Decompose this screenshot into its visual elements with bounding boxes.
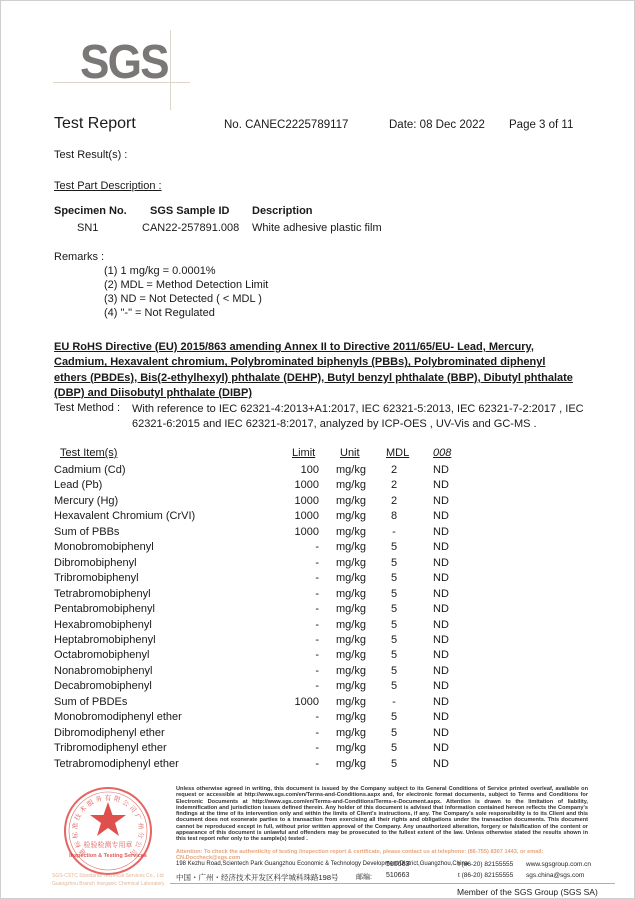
limit-value: - — [285, 603, 319, 615]
specimen-no: SN1 — [77, 222, 98, 234]
authenticity-notice: Attention: To check the authenticity of … — [176, 849, 596, 862]
remark-item: (2) MDL = Method Detection Limit — [104, 279, 268, 291]
mdl-value: 5 — [386, 665, 402, 677]
result-value: ND — [431, 634, 451, 646]
mdl-value: 5 — [386, 742, 402, 754]
result-value: ND — [431, 680, 451, 692]
result-value: ND — [431, 526, 451, 538]
remark-item: (1) 1 mg/kg = 0.0001% — [104, 265, 216, 277]
table-row: Nonabromobiphenyl-mg/kg5ND — [0, 665, 635, 680]
test-item-name: Heptabromobiphenyl — [54, 634, 156, 646]
mdl-value: 5 — [386, 758, 402, 770]
column-header-sample-008: 008 — [433, 447, 451, 459]
stamp-center-text: 检验检测专用章 — [84, 840, 133, 849]
legal-text: . Attention is drawn to the limitation o… — [176, 799, 588, 843]
table-row: Hexabromobiphenyl-mg/kg5ND — [0, 619, 635, 634]
unit-value: mg/kg — [336, 495, 366, 507]
test-method-label: Test Method : — [54, 402, 120, 414]
table-row: Cadmium (Cd)100mg/kg2ND — [0, 464, 635, 479]
address-chinese: 中国・广州・经济技术开发区科学城科珠路198号 — [176, 872, 339, 883]
test-item-name: Tribromodiphenyl ether — [54, 742, 167, 754]
unit-value: mg/kg — [336, 758, 366, 770]
mdl-value: 5 — [386, 711, 402, 723]
limit-value: - — [285, 649, 319, 661]
table-row: Monobromodiphenyl ether-mg/kg5ND — [0, 711, 635, 726]
limit-value: - — [285, 742, 319, 754]
table-row: Tribromobiphenyl-mg/kg5ND — [0, 572, 635, 587]
result-value: ND — [431, 711, 451, 723]
limit-value: - — [285, 541, 319, 553]
phone-1: t (86-20) 82155555 — [458, 861, 513, 868]
test-item-name: Nonabromobiphenyl — [54, 665, 152, 677]
limit-value: - — [285, 572, 319, 584]
address-english: 198 Kezhu Road,Scientech Park Guangzhou … — [176, 861, 468, 867]
mdl-value: 5 — [386, 727, 402, 739]
table-row: Hexavalent Chromium (CrVI)1000mg/kg8ND — [0, 510, 635, 525]
table-row: Dibromodiphenyl ether-mg/kg5ND — [0, 727, 635, 742]
unit-value: mg/kg — [336, 541, 366, 553]
terms-link[interactable]: http://www.sgs.com/en/Terms-and-Conditio… — [244, 792, 380, 798]
limit-value: 100 — [285, 464, 319, 476]
result-value: ND — [431, 619, 451, 631]
result-value: ND — [431, 479, 451, 491]
footer-divider — [170, 883, 615, 884]
limit-value: 1000 — [285, 495, 319, 507]
column-header-mdl: MDL — [386, 447, 409, 459]
remark-item: (4) "-" = Not Regulated — [104, 307, 215, 319]
remarks-label: Remarks : — [54, 251, 104, 263]
result-value: ND — [431, 758, 451, 770]
table-row: Sum of PBDEs1000mg/kg-ND — [0, 696, 635, 711]
unit-value: mg/kg — [336, 572, 366, 584]
test-item-name: Hexavalent Chromium (CrVI) — [54, 510, 195, 522]
test-item-name: Sum of PBDEs — [54, 696, 127, 708]
postcode-chinese-label: 邮编: — [356, 872, 372, 882]
test-item-name: Pentabromobiphenyl — [54, 603, 155, 615]
table-row: Dibromobiphenyl-mg/kg5ND — [0, 557, 635, 572]
column-header-unit: Unit — [340, 447, 360, 459]
email: sgs.china@sgs.com — [526, 872, 584, 879]
table-row: Heptabromobiphenyl-mg/kg5ND — [0, 634, 635, 649]
specimen-description: White adhesive plastic film — [252, 222, 382, 234]
legal-disclaimer: Unless otherwise agreed in writing, this… — [176, 786, 588, 843]
test-item-name: Dibromodiphenyl ether — [54, 727, 165, 739]
website: www.sgsgroup.com.cn — [526, 861, 591, 868]
mdl-value: 2 — [386, 495, 402, 507]
limit-value: - — [285, 680, 319, 692]
mdl-value: 8 — [386, 510, 402, 522]
mdl-value: 2 — [386, 464, 402, 476]
specimen-sample-id: CAN22-257891.008 — [142, 222, 239, 234]
page-indicator: Page 3 of 11 — [509, 119, 573, 131]
mdl-value: 5 — [386, 572, 402, 584]
unit-value: mg/kg — [336, 742, 366, 754]
unit-value: mg/kg — [336, 619, 366, 631]
table-row: Pentabromobiphenyl-mg/kg5ND — [0, 603, 635, 618]
test-item-name: Tribromobiphenyl — [54, 572, 139, 584]
limit-value: 1000 — [285, 510, 319, 522]
test-item-name: Monobromobiphenyl — [54, 541, 154, 553]
remark-item: (3) ND = Not Detected ( < MDL ) — [104, 293, 262, 305]
table-row: Tetrabromodiphenyl ether-mg/kg5ND — [0, 758, 635, 773]
limit-value: 1000 — [285, 526, 319, 538]
mdl-value: 5 — [386, 557, 402, 569]
limit-value: - — [285, 557, 319, 569]
result-value: ND — [431, 665, 451, 677]
test-item-name: Lead (Pb) — [54, 479, 102, 491]
unit-value: mg/kg — [336, 557, 366, 569]
test-item-name: Dibromobiphenyl — [54, 557, 137, 569]
stamp-lab-text: Guangzhou Branch Inorganic Chemical Labo… — [52, 881, 164, 887]
mdl-value: 5 — [386, 680, 402, 692]
result-value: ND — [431, 541, 451, 553]
limit-value: - — [285, 758, 319, 770]
unit-value: mg/kg — [336, 727, 366, 739]
postcode-chinese: 510663 — [386, 872, 409, 879]
limit-value: - — [285, 665, 319, 677]
stamp-ring-char: 分 — [136, 832, 146, 840]
test-item-name: Mercury (Hg) — [54, 495, 118, 507]
mdl-value: 5 — [386, 541, 402, 553]
phone-2: t (86-20) 82155555 — [458, 872, 513, 879]
sgs-logo: SGS — [80, 35, 168, 90]
limit-value: - — [285, 619, 319, 631]
result-value: ND — [431, 464, 451, 476]
limit-value: - — [285, 727, 319, 739]
unit-value: mg/kg — [336, 634, 366, 646]
specimen-header-description: Description — [252, 205, 313, 217]
limit-value: - — [285, 711, 319, 723]
column-header-test-item: Test Item(s) — [60, 447, 117, 459]
logo-rule-vertical — [170, 30, 171, 110]
stamp-company-text: SGS-CSTC Standards Technical Services Co… — [52, 873, 164, 879]
limit-value: 1000 — [285, 696, 319, 708]
result-value: ND — [431, 649, 451, 661]
unit-value: mg/kg — [336, 526, 366, 538]
stamp-ring-char: 州 — [136, 822, 146, 830]
specimen-header-id: SGS Sample ID — [150, 205, 229, 217]
unit-value: mg/kg — [336, 464, 366, 476]
report-number: No. CANEC2225789117 — [224, 119, 348, 131]
mdl-value: 5 — [386, 634, 402, 646]
test-part-description-label: Test Part Description : — [54, 180, 162, 192]
stamp-ring-char: 务 — [94, 793, 103, 804]
stamp-ring-char: 标 — [72, 839, 83, 849]
unit-value: mg/kg — [336, 696, 366, 708]
table-row: Octabromobiphenyl-mg/kg5ND — [0, 649, 635, 664]
result-value: ND — [431, 588, 451, 600]
directive-heading: EU RoHS Directive (EU) 2015/863 amending… — [54, 340, 574, 401]
limit-value: - — [285, 634, 319, 646]
unit-value: mg/kg — [336, 711, 366, 723]
unit-value: mg/kg — [336, 665, 366, 677]
result-value: ND — [431, 557, 451, 569]
stamp-ring-char: 广 — [133, 812, 144, 822]
mdl-value: 2 — [386, 479, 402, 491]
sgs-group-membership: Member of the SGS Group (SGS SA) — [457, 887, 598, 897]
unit-value: mg/kg — [336, 680, 366, 692]
result-value: ND — [431, 495, 451, 507]
stamp-ring-char: 标 — [70, 831, 80, 839]
unit-value: mg/kg — [336, 479, 366, 491]
table-row: Sum of PBBs1000mg/kg-ND — [0, 526, 635, 541]
result-value: ND — [431, 742, 451, 754]
stamp-ring-char: 准 — [70, 822, 80, 830]
table-row: Mercury (Hg)1000mg/kg2ND — [0, 495, 635, 510]
test-item-name: Cadmium (Cd) — [54, 464, 126, 476]
test-results-label: Test Result(s) : — [54, 149, 127, 161]
test-item-name: Hexabromobiphenyl — [54, 619, 152, 631]
table-row: Lead (Pb)1000mg/kg2ND — [0, 479, 635, 494]
table-row: Monobromobiphenyl-mg/kg5ND — [0, 541, 635, 556]
table-row: Decabromobiphenyl-mg/kg5ND — [0, 680, 635, 695]
table-row: Tetrabromobiphenyl-mg/kg5ND — [0, 588, 635, 603]
limit-value: - — [285, 588, 319, 600]
limit-value: 1000 — [285, 479, 319, 491]
result-value: ND — [431, 603, 451, 615]
unit-value: mg/kg — [336, 588, 366, 600]
mdl-value: 5 — [386, 588, 402, 600]
table-row: Tribromodiphenyl ether-mg/kg5ND — [0, 742, 635, 757]
mdl-value: 5 — [386, 649, 402, 661]
postcode-english: 510663 — [386, 861, 409, 868]
specimen-header-no: Specimen No. — [54, 205, 127, 217]
unit-value: mg/kg — [336, 603, 366, 615]
test-item-name: Decabromobiphenyl — [54, 680, 152, 692]
result-value: ND — [431, 572, 451, 584]
result-value: ND — [431, 727, 451, 739]
result-value: ND — [431, 696, 451, 708]
test-item-name: Sum of PBBs — [54, 526, 119, 538]
mdl-value: - — [386, 696, 402, 708]
result-value: ND — [431, 510, 451, 522]
inspection-stamp-seal: 检验检测专用章 Inspection & Testing Services SG… — [52, 785, 164, 887]
test-item-name: Tetrabromobiphenyl — [54, 588, 151, 600]
column-header-limit: Limit — [292, 447, 315, 459]
unit-value: mg/kg — [336, 510, 366, 522]
star-icon — [90, 802, 126, 836]
test-item-name: Octabromobiphenyl — [54, 649, 149, 661]
report-title: Test Report — [54, 115, 136, 133]
unit-value: mg/kg — [336, 649, 366, 661]
test-item-name: Monobromodiphenyl ether — [54, 711, 182, 723]
stamp-ring-char: 有 — [105, 793, 112, 802]
stamp-ring-char: 限 — [113, 794, 122, 805]
mdl-value: - — [386, 526, 402, 538]
test-method-text: With reference to IEC 62321-4:2013+A1:20… — [132, 402, 612, 433]
test-item-name: Tetrabromodiphenyl ether — [54, 758, 179, 770]
mdl-value: 5 — [386, 619, 402, 631]
report-date: Date: 08 Dec 2022 — [389, 119, 485, 131]
e-document-terms-link[interactable]: http://www.sgs.com/en/Terms-and-Conditio… — [252, 799, 440, 805]
mdl-value: 5 — [386, 603, 402, 615]
